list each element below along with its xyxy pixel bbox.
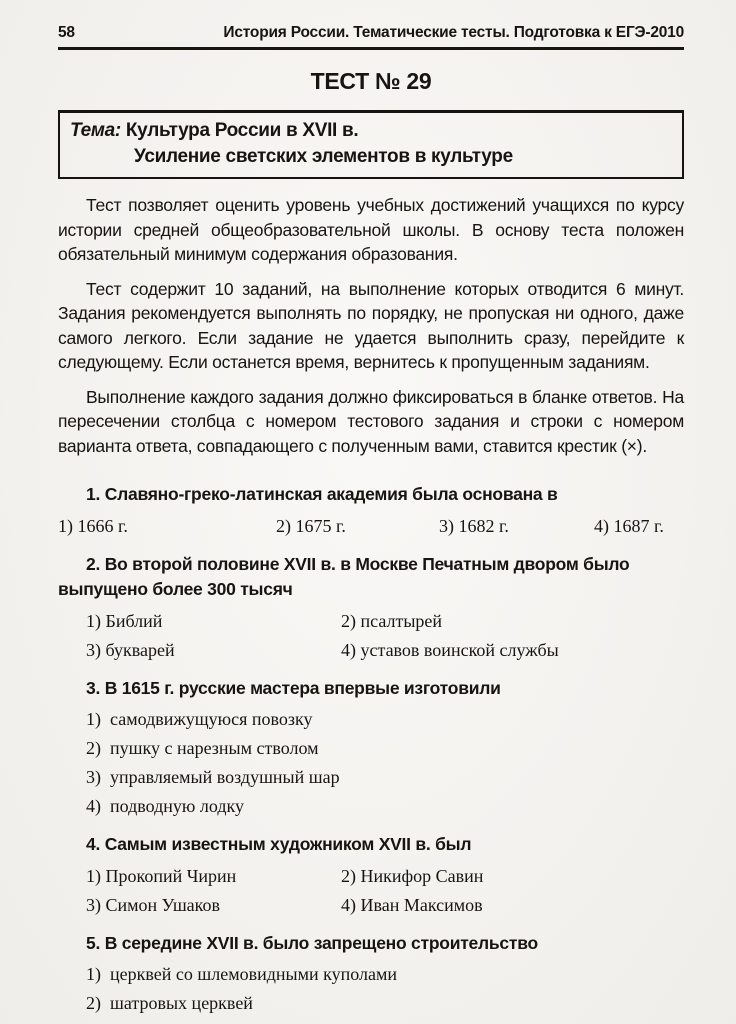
answer-options: 1) 1666 г. 2) 1675 г. 3) 1682 г. 4) 1687… [58, 513, 684, 539]
scanned-test-page: 58 История России. Тематические тесты. П… [0, 0, 736, 1024]
question-5: 5. В середине XVII в. было запрещено стр… [58, 931, 684, 1017]
question-stem: 3. В 1615 г. русские мастера впервые изг… [58, 676, 684, 701]
page-number: 58 [58, 24, 75, 42]
question-3: 3. В 1615 г. русские мастера впервые изг… [58, 676, 684, 820]
answer-option: 1) Прокопий Чирин [86, 863, 341, 889]
answer-option: 2) Никифор Савин [341, 863, 684, 889]
answer-options: 1) Библий 2) псалтырей 3) букварей 4) ус… [86, 608, 684, 663]
answer-option: 4) 1687 г. [594, 513, 684, 539]
answer-option: 1) 1666 г. [58, 513, 276, 539]
page-header: 58 История России. Тематические тесты. П… [58, 24, 684, 42]
header-rule [58, 47, 684, 50]
intro-paragraph-2: Тест содержит 10 заданий, на выполнение … [58, 277, 684, 375]
answer-option: 4) подводную лодку [86, 793, 684, 819]
question-stem: 2. Во второй половине XVII в. в Москве П… [58, 552, 684, 603]
answer-option: 4) уставов воинской службы [341, 637, 684, 663]
answer-option: 4) Иван Максимов [341, 892, 684, 918]
introduction: Тест позволяет оценить уровень учебных д… [58, 193, 684, 458]
question-1: 1. Славяно-греко-латинская академия была… [58, 482, 684, 538]
answer-option: 2) 1675 г. [276, 513, 439, 539]
answer-options: 1) самодвижущуюся повозку 2) пушку с нар… [86, 706, 684, 819]
answer-option: 3) букварей [86, 637, 341, 663]
intro-paragraph-3: Выполнение каждого задания должно фиксир… [58, 385, 684, 459]
answer-options: 1) Прокопий Чирин 2) Никифор Савин 3) Си… [86, 863, 684, 918]
topic-line-1: Тема: Культура России в XVII в. [70, 118, 672, 144]
answer-option: 3) управляемый воздушный шар [86, 764, 684, 790]
topic-label: Тема: [70, 120, 121, 141]
answer-option: 3) Симон Ушаков [86, 892, 341, 918]
answer-option: 2) псалтырей [341, 608, 684, 634]
running-title: История России. Тематические тесты. Подг… [223, 24, 684, 42]
questions-section: 1. Славяно-греко-латинская академия была… [58, 482, 684, 1016]
question-2: 2. Во второй половине XVII в. в Москве П… [58, 552, 684, 663]
topic-box: Тема: Культура России в XVII в. Усиление… [58, 110, 684, 179]
answer-option: 3) 1682 г. [439, 513, 594, 539]
answer-option: 1) Библий [86, 608, 341, 634]
answer-option: 1) церквей со шлемовидными куполами [86, 961, 684, 987]
question-stem: 5. В середине XVII в. было запрещено стр… [58, 931, 684, 956]
question-stem: 1. Славяно-греко-латинская академия была… [58, 482, 684, 507]
test-title: ТЕСТ № 29 [58, 68, 684, 95]
topic-title: Культура России в XVII в. [126, 120, 358, 141]
answer-option: 1) самодвижущуюся повозку [86, 706, 684, 732]
question-4: 4. Самым известным художником XVII в. бы… [58, 832, 684, 918]
answer-options: 1) церквей со шлемовидными куполами 2) ш… [86, 961, 684, 1016]
question-stem: 4. Самым известным художником XVII в. бы… [58, 832, 684, 857]
intro-paragraph-1: Тест позволяет оценить уровень учебных д… [58, 193, 684, 267]
topic-line-2: Усиление светских элементов в культуре [70, 144, 672, 170]
answer-option: 2) пушку с нарезным стволом [86, 735, 684, 761]
answer-option: 2) шатровых церквей [86, 990, 684, 1016]
